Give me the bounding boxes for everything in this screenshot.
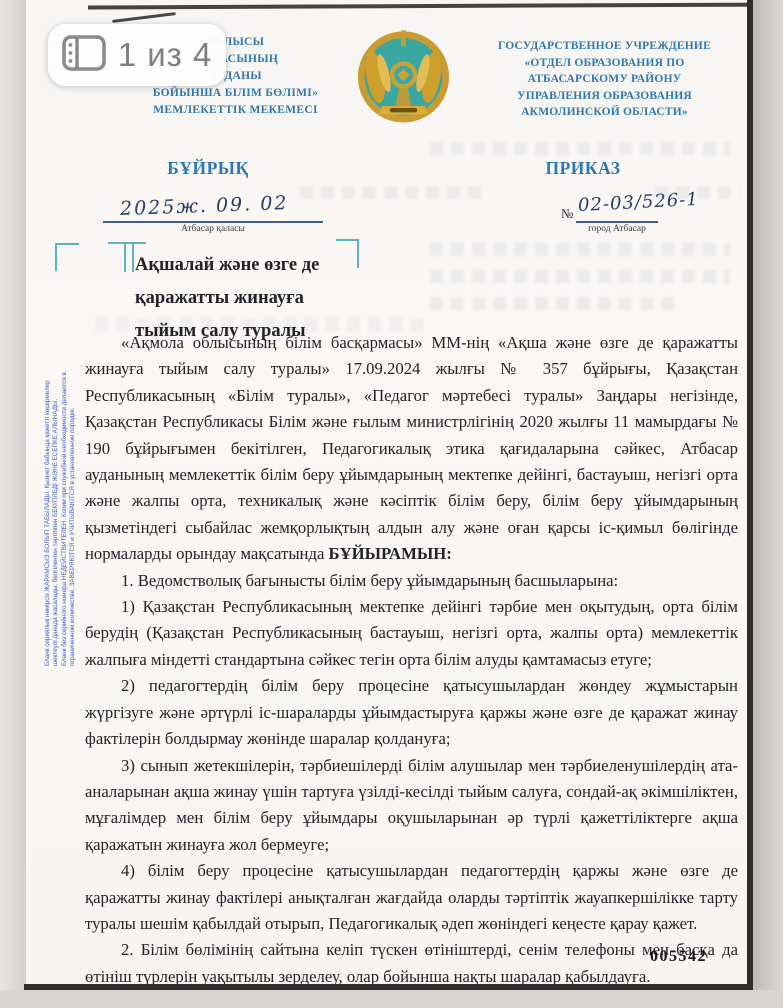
order-verb-bold: БҰЙЫРАМЫН:: [329, 544, 452, 563]
stamp-line: Бланк без серийного номера НЕДЕЙСТВИТЕЛЕ…: [61, 328, 69, 666]
place-caption-russian: город Атбасар: [572, 224, 662, 234]
blank-validity-stamp: Бланк сериялық нөмірсіз ЖАРАМСЫЗ БОЛЫП Т…: [44, 328, 78, 666]
letterhead-right-line: АТБАСАРСКОМУ РАЙОНУ: [462, 71, 747, 88]
paragraph-subitem-4: 4) білім беру процесіне қатысушылардан п…: [85, 858, 738, 937]
paragraph-item-2: 2. Білім бөлімінің сайтына келіп түскен …: [85, 937, 738, 990]
letterhead-right-line: УПРАВЛЕНИЯ ОБРАЗОВАНИЯ: [462, 88, 747, 105]
page-thumbnails-icon: [62, 35, 106, 76]
letterhead-left-line: МЕМЛЕКЕТТІК МЕКЕМЕСІ: [118, 102, 353, 119]
paragraph-subitem-3: 3) сынып жетекшілерін, тәрбиешілерді біл…: [85, 753, 738, 859]
stamp-line: ограниченном количестве, ЗАВЕРЯЮТСЯ и УЧ…: [69, 328, 77, 666]
place-caption-kazakh: Атбасар қаласы: [103, 224, 323, 234]
corner-mark-icon: [55, 243, 79, 271]
bleed-through-artifact: [430, 142, 730, 155]
preamble-text: «Ақмола облысының білім басқармасы» ММ-н…: [85, 333, 738, 563]
page-indicator-pill[interactable]: 1 из 4: [48, 24, 226, 86]
paragraph-item-1: 1. Ведомстволық бағынысты білім беру ұйы…: [85, 568, 738, 594]
subject-line: Ақшалай және өзге де: [135, 249, 319, 282]
scan-margin-bottom: [0, 990, 783, 1008]
stamp-line: шектеулі данада жасалады, белгіленген тә…: [52, 328, 60, 666]
bleed-through-artifact: [300, 186, 485, 199]
page-indicator-label: 1 из 4: [118, 36, 213, 74]
paragraph-preamble: «Ақмола облысының білім басқармасы» ММ-н…: [85, 330, 738, 568]
order-title-kazakh: БҰЙРЫҚ: [143, 158, 273, 179]
order-title-russian: ПРИКАЗ: [518, 158, 648, 179]
scan-margin-left: [0, 0, 26, 1008]
paragraph-subitem-1: 1) Қазақстан Республикасының мектепке де…: [85, 594, 738, 673]
letterhead-right-line: «ОТДЕЛ ОБРАЗОВАНИЯ ПО: [462, 55, 747, 72]
bleed-through-artifact: [430, 270, 730, 283]
letterhead-left-line: БОЙЫНША БІЛІМ БӨЛІМІ»: [118, 85, 353, 102]
corner-mark-icon: [108, 242, 146, 244]
kazakhstan-coat-of-arms-icon: [355, 24, 452, 126]
letterhead-right-line: АКМОЛИНСКОЙ ОБЛАСТИ»: [462, 104, 747, 121]
number-sign: №: [561, 206, 573, 222]
corner-mark-icon: [336, 239, 359, 268]
letterhead-right-line: ГОСУДАРСТВЕННОЕ УЧРЕЖДЕНИЕ: [462, 38, 747, 55]
subject-line: қаражатты жинауға: [135, 282, 319, 315]
scan-margin-right: [753, 0, 783, 1008]
letterhead-right-russian: ГОСУДАРСТВЕННОЕ УЧРЕЖДЕНИЕ «ОТДЕЛ ОБРАЗО…: [462, 38, 747, 121]
form-serial-number: 005542: [650, 948, 707, 966]
bleed-through-artifact: [430, 297, 680, 310]
order-body: «Ақмола облысының білім басқармасы» ММ-н…: [85, 330, 738, 990]
bleed-through-artifact: [430, 243, 730, 256]
scanned-document-viewer: ОБЛЫСЫ АРМАСЫНЫҢ АУДАНЫ БОЙЫНША БІЛІМ БӨ…: [0, 0, 783, 1008]
paragraph-subitem-2: 2) педагогтердің білім беру процесіне қа…: [85, 673, 738, 752]
